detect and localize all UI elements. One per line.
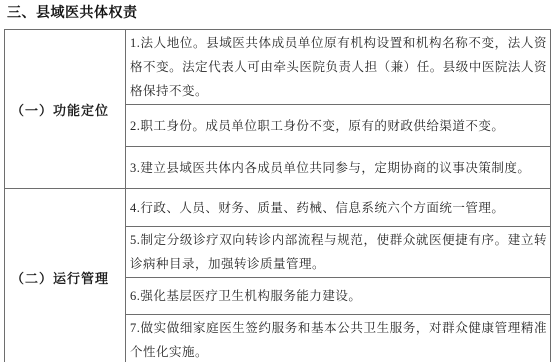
item-cell-1: 1.法人地位。县域医共体成员单位原有机构设置和机构名称不变，法人资格不变。法定代… (126, 30, 551, 105)
category-cell-operation-management: （二）运行管理 (5, 189, 126, 362)
item-cell-7: 7.做实做细家庭医生签约服务和基本公共卫生服务，对群众健康管理精准个性化实施。 (126, 315, 551, 362)
item-cell-6: 6.强化基层医疗卫生机构服务能力建设。 (126, 278, 551, 315)
item-cell-5: 5.制定分级诊疗双向转诊内部流程与规范，使群众就医便捷有序。建立转诊病种目录，加… (126, 227, 551, 278)
table-row: （一）功能定位 1.法人地位。县域医共体成员单位原有机构设置和机构名称不变，法人… (5, 30, 551, 105)
item-cell-4: 4.行政、人员、财务、质量、药械、信息系统六个方面统一管理。 (126, 189, 551, 227)
item-cell-3: 3.建立县域医共体内各成员单位共同参与，定期协商的议事决策制度。 (126, 147, 551, 189)
category-cell-function-positioning: （一）功能定位 (5, 30, 126, 189)
item-cell-2: 2.职工身份。成员单位职工身份不变，原有的财政供给渠道不变。 (126, 105, 551, 147)
section-title: 三、县域医共体权责 (7, 2, 138, 22)
table-row: （二）运行管理 4.行政、人员、财务、质量、药械、信息系统六个方面统一管理。 (5, 189, 551, 227)
rights-responsibilities-table: （一）功能定位 1.法人地位。县域医共体成员单位原有机构设置和机构名称不变，法人… (4, 29, 551, 362)
